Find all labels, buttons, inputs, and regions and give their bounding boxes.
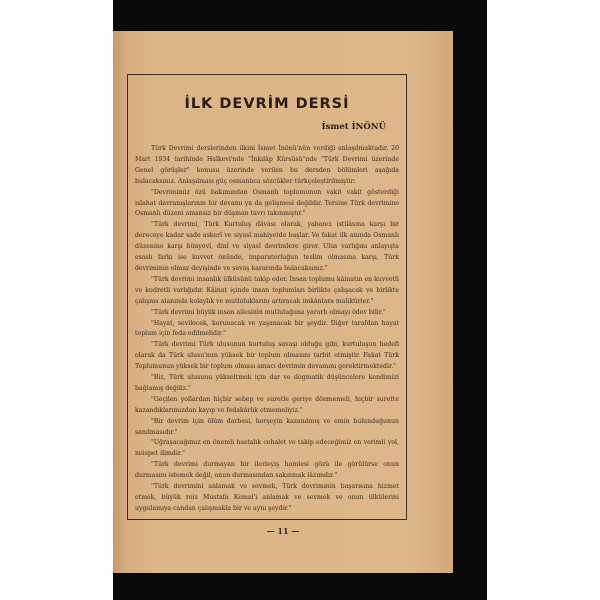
paragraph: "Türk devrimini anlamak ve sevmek, Türk … (135, 482, 399, 515)
paragraph: "Geçilen yollardan hiçbir sebep ve suret… (135, 395, 399, 417)
paragraph: "Türk devrimi insanlık ülküsünü takip ed… (135, 275, 399, 308)
paragraph: "Bir devrim için ölüm darbesi, herşeyin … (135, 417, 399, 439)
paragraph: "Türk devrimi büyük insan ailesinin mutl… (135, 308, 399, 319)
article-body: Türk Devrimi derslerinden ilkini İsmet İ… (135, 144, 399, 515)
paragraph: "Biz, Türk ulusunu yükseltmek için dar v… (135, 373, 399, 395)
paragraph: "Türk devrimi, Türk Kurtuluş dâvası olar… (135, 220, 399, 275)
article-author: İsmet İNÖNÜ (322, 122, 386, 132)
page-number: — 11 — (113, 526, 453, 536)
paragraph: "Türk devrimi Türk ulusunun kurtuluş sav… (135, 340, 399, 373)
paragraph: Türk Devrimi derslerinden ilkini İsmet İ… (135, 144, 399, 188)
paragraph: "Uğraşacağımız en önemli hastalık cehale… (135, 438, 399, 460)
article-title: İLK DEVRİM DERSİ (128, 96, 406, 112)
paragraph: "Hayat, sevilecek, korunacak ve yaşanaca… (135, 319, 399, 341)
article-frame: İLK DEVRİM DERSİ İsmet İNÖNÜ Türk Devrim… (127, 74, 407, 520)
book-page: İLK DEVRİM DERSİ İsmet İNÖNÜ Türk Devrim… (113, 31, 453, 573)
paragraph: "Türk devrimi durmayan bir ilerleyiş ham… (135, 460, 399, 482)
paragraph: "Devrimimiz özü bakımından Osmanlı toplu… (135, 188, 399, 221)
